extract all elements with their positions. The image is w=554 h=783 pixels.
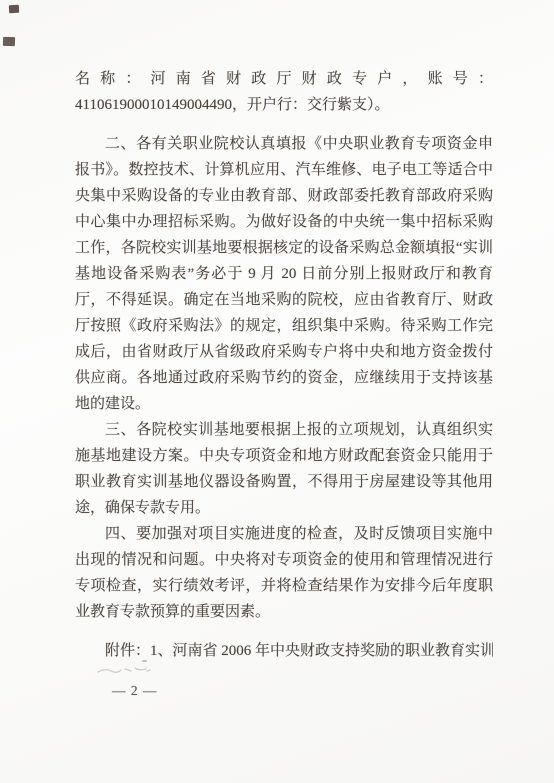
- document-body: 名称：河南省财政厅财政专户，账号：411061900010149004490，开…: [75, 66, 493, 704]
- scan-speck: [142, 660, 147, 662]
- page-number: — 2 —: [112, 678, 493, 704]
- scan-corner-mark: [9, 5, 19, 14]
- scan-speck: [358, 101, 361, 104]
- pencil-smudge-mark: [75, 666, 493, 676]
- paragraph: 三、各院校实训基地要根据上报的立项规划，认真组织实施基地建设方案。中央专项资金和…: [75, 417, 493, 521]
- paragraph-list: 名称：河南省财政厅财政专户，账号：411061900010149004490，开…: [75, 66, 493, 625]
- paragraph: 四、要加强对项目实施进度的检查，及时反馈项目实施中出现的情况和问题。中央将对专项…: [75, 521, 493, 625]
- paragraph: 名称：河南省财政厅财政专户，账号：411061900010149004490，开…: [75, 66, 493, 118]
- smudge-strokes: [97, 666, 151, 676]
- attachment-line: 附件：1、河南省 2006 年中央财政支持奖励的职业教育实训: [75, 638, 493, 664]
- paragraph: 二、各有关职业院校认真填报《中央职业教育专项资金申报书》。数控技术、计算机应用、…: [75, 131, 493, 417]
- scan-corner-mark: [3, 37, 15, 46]
- scanned-document-page: 名称：河南省财政厅财政专户，账号：411061900010149004490，开…: [0, 0, 554, 783]
